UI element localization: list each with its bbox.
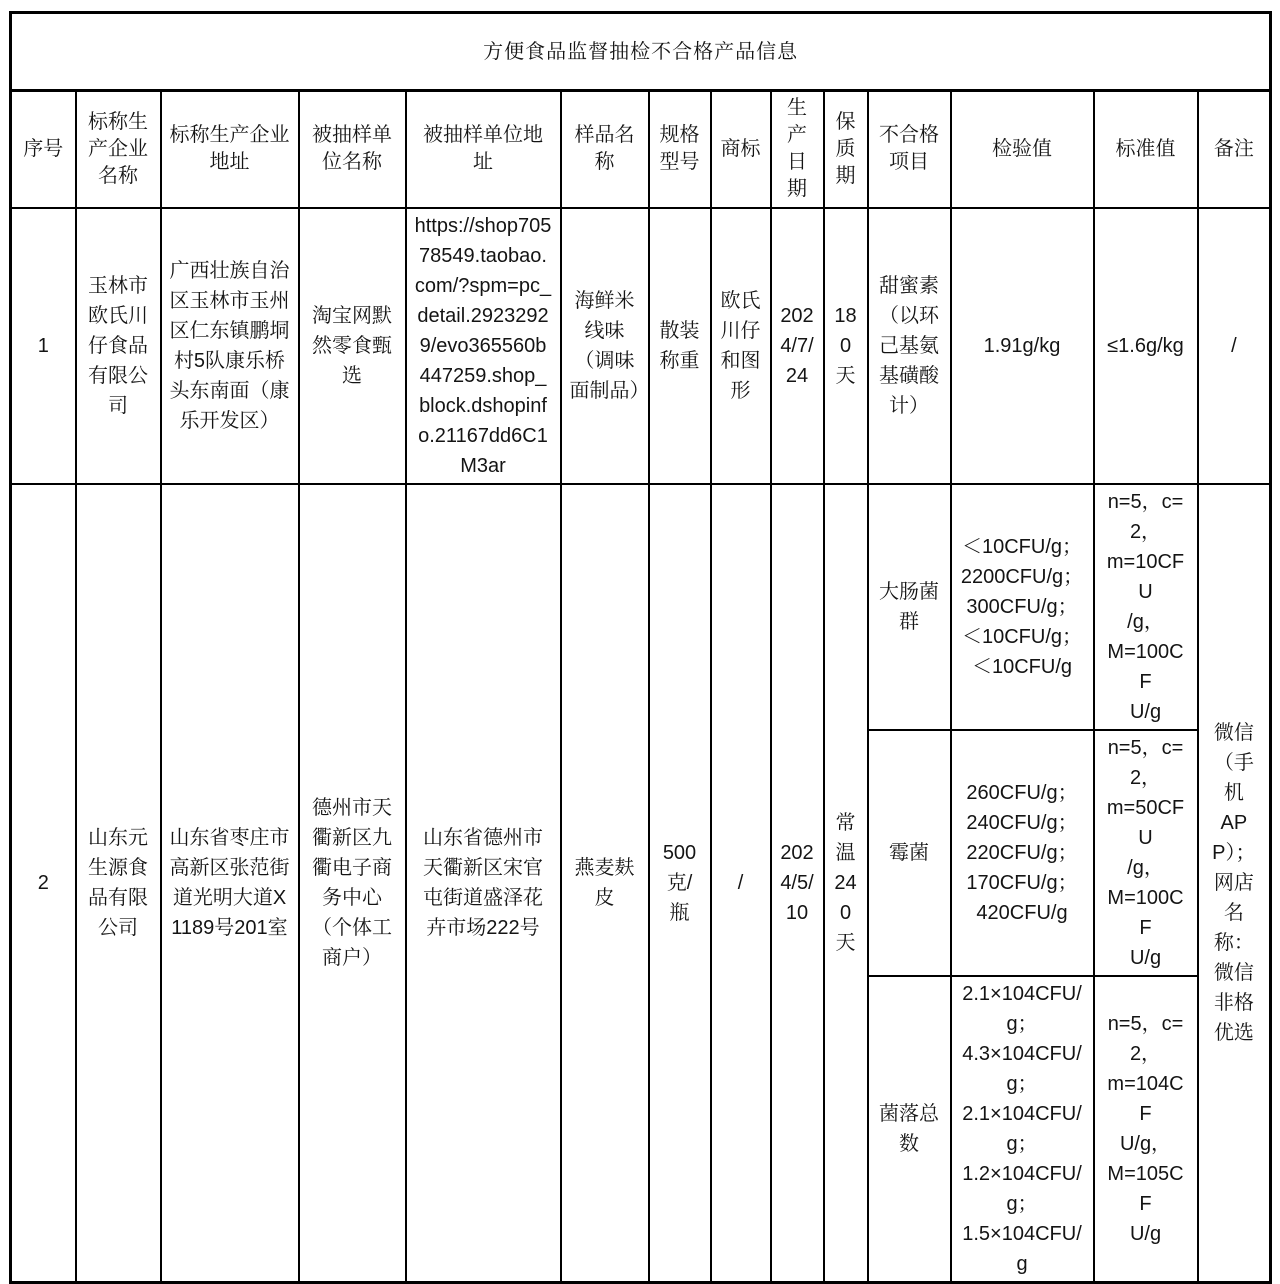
col-header-remark: 备注 xyxy=(1198,91,1271,208)
cell-shelf-life: 常温240天 xyxy=(824,484,868,1283)
cell-sampled-unit-name: 德州市天衢新区九衢电子商务中心（个体工商户） xyxy=(299,484,406,1283)
cell-trademark: 欧氏川仔和图形 xyxy=(711,208,771,484)
cell-test-value: 2.1×104CFU/g； 4.3×104CFU/g； 2.1×104CFU/g… xyxy=(951,976,1094,1283)
cell-sampled-unit-address-url: https://shop70578549.taobao.com/?spm=pc_… xyxy=(406,208,561,484)
cell-failed-item: 霉菌 xyxy=(868,730,951,976)
cell-trademark: / xyxy=(711,484,771,1283)
cell-producer-address: 广西壮族自治区玉林市玉州区仁东镇鹏垌村5队康乐桥头东南面（康乐开发区） xyxy=(161,208,299,484)
col-header-sample-name: 样品名称 xyxy=(561,91,649,208)
page: 方便食品监督抽检不合格产品信息 序号 标称生产企业名称 标称生产企业地址 被抽样… xyxy=(0,0,1280,933)
col-header-sampled-unit-address: 被抽样单位地址 xyxy=(406,91,561,208)
table-row: 2 山东元生源食品有限公司 山东省枣庄市高新区张范街道光明大道X1189号201… xyxy=(11,484,1271,730)
cell-seq: 2 xyxy=(11,484,76,1283)
col-header-trademark: 商标 xyxy=(711,91,771,208)
cell-production-date: 2024/5/10 xyxy=(771,484,824,1283)
cell-test-value: 260CFU/g； 240CFU/g； 220CFU/g； 170CFU/g； … xyxy=(951,730,1094,976)
cell-remark: / xyxy=(1198,208,1271,484)
cell-failed-item: 甜蜜素（以环己基氨基磺酸计） xyxy=(868,208,951,484)
cell-standard-value: ≤1.6g/kg xyxy=(1094,208,1198,484)
cell-failed-item: 大肠菌群 xyxy=(868,484,951,730)
cell-production-date: 2024/7/24 xyxy=(771,208,824,484)
cell-producer-name: 玉林市欧氏川仔食品有限公司 xyxy=(76,208,161,484)
cell-sampled-unit-name: 淘宝网默然零食甄选 xyxy=(299,208,406,484)
cell-test-value: ＜10CFU/g； 2200CFU/g； 300CFU/g； ＜10CFU/g；… xyxy=(951,484,1094,730)
col-header-spec: 规格型号 xyxy=(649,91,711,208)
cell-test-value: 1.91g/kg xyxy=(951,208,1094,484)
cell-seq: 1 xyxy=(11,208,76,484)
cell-remark: 微信 （手 机 APP）； 网店 名称： 微信 非格 优选 xyxy=(1198,484,1271,1283)
cell-producer-address: 山东省枣庄市高新区张范街道光明大道X1189号201室 xyxy=(161,484,299,1283)
col-header-test-value: 检验值 xyxy=(951,91,1094,208)
cell-producer-name: 山东元生源食品有限公司 xyxy=(76,484,161,1283)
cell-shelf-life: 180天 xyxy=(824,208,868,484)
col-header-standard-value: 标准值 xyxy=(1094,91,1198,208)
cell-sampled-unit-address: 山东省德州市天衢新区宋官屯街道盛泽花卉市场222号 xyxy=(406,484,561,1283)
col-header-sampled-unit-name: 被抽样单位名称 xyxy=(299,91,406,208)
cell-failed-item: 菌落总数 xyxy=(868,976,951,1283)
col-header-failed-item: 不合格项目 xyxy=(868,91,951,208)
cell-standard-value: n=5，c=2， m=10CFU /g， M=100CF U/g xyxy=(1094,484,1198,730)
cell-sample-name: 海鲜米线味（调味面制品） xyxy=(561,208,649,484)
cell-spec: 500克/瓶 xyxy=(649,484,711,1283)
col-header-shelf-life: 保质期 xyxy=(824,91,868,208)
cell-standard-value: n=5，c=2， m=104CF U/g， M=105CF U/g xyxy=(1094,976,1198,1283)
table-title: 方便食品监督抽检不合格产品信息 xyxy=(11,13,1271,91)
col-header-producer-address: 标称生产企业地址 xyxy=(161,91,299,208)
table-row: 1 玉林市欧氏川仔食品有限公司 广西壮族自治区玉林市玉州区仁东镇鹏垌村5队康乐桥… xyxy=(11,208,1271,484)
col-header-producer-name: 标称生产企业名称 xyxy=(76,91,161,208)
inspection-table: 方便食品监督抽检不合格产品信息 序号 标称生产企业名称 标称生产企业地址 被抽样… xyxy=(9,11,1272,1284)
cell-spec: 散装称重 xyxy=(649,208,711,484)
cell-standard-value: n=5，c=2， m=50CFU /g， M=100CF U/g xyxy=(1094,730,1198,976)
col-header-seq: 序号 xyxy=(11,91,76,208)
cell-sample-name: 燕麦麸皮 xyxy=(561,484,649,1283)
col-header-production-date: 生产日期 xyxy=(771,91,824,208)
